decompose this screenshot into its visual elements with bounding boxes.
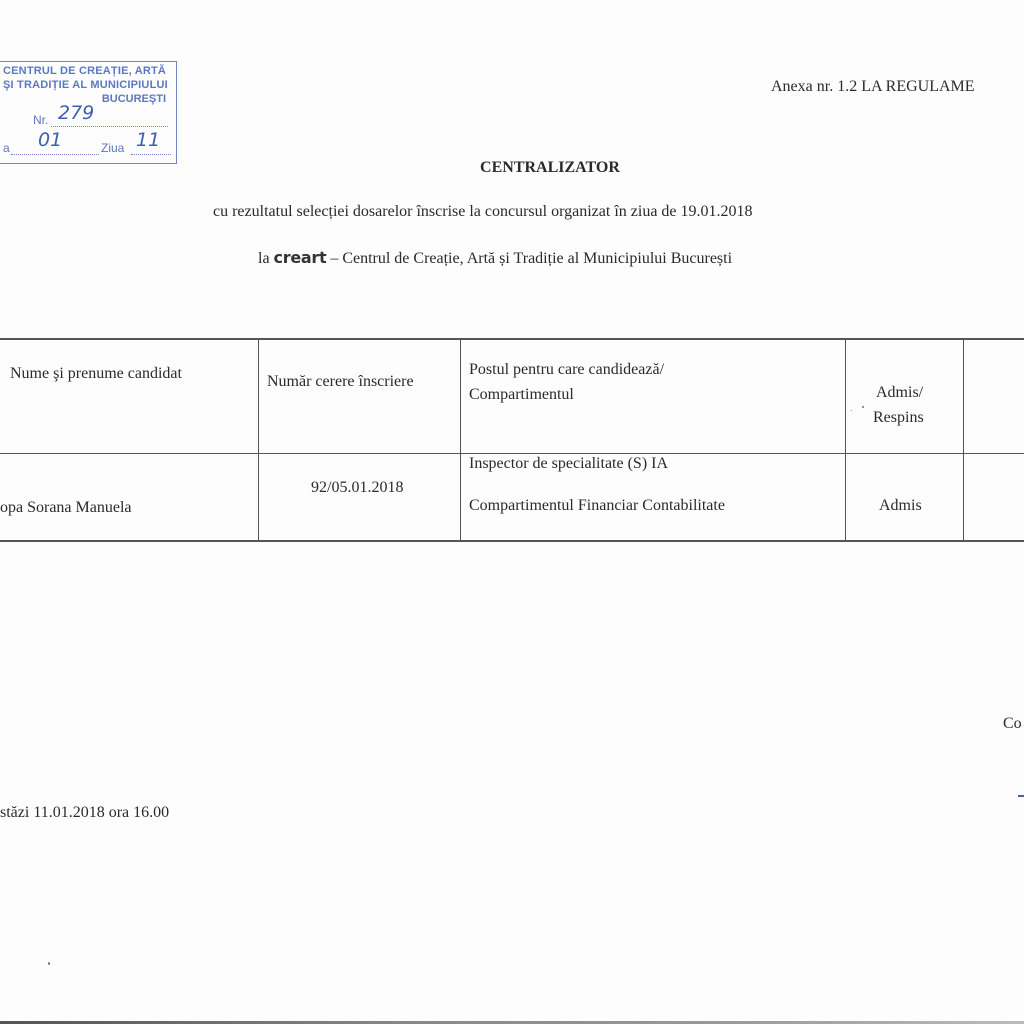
scan-speck xyxy=(862,406,864,408)
stamp-line-3: BUCUREŞTI xyxy=(102,93,166,105)
department-name: Compartimentul Financiar Contabilitate xyxy=(469,497,725,515)
table-col-divider xyxy=(845,338,846,541)
stamp-ziua-dotted-line xyxy=(131,154,171,155)
stamp-nr-label: Nr. xyxy=(33,114,48,126)
column-header-candidate-name: Nume şi prenume candidat xyxy=(10,365,182,383)
annex-reference: Anexa nr. 1.2 LA REGULAME xyxy=(771,78,975,96)
result-status: Admis xyxy=(879,497,922,515)
column-header-result-line1: Admis/ xyxy=(876,384,923,402)
creart-logo: creart xyxy=(274,248,327,267)
stamp-ziua-label: Ziua xyxy=(101,142,124,154)
institution-name: – Centrul de Creație, Artă și Tradiție a… xyxy=(330,250,732,267)
candidate-name: opa Sorana Manuela xyxy=(0,499,132,517)
stamp-luna-label: a xyxy=(3,142,10,154)
stamp-nr-value: 279 xyxy=(58,107,94,119)
institution-line: la creart – Centrul de Creație, Artă și … xyxy=(258,248,732,268)
stamp-nr-dotted-line xyxy=(51,126,168,127)
scan-speck xyxy=(48,962,50,965)
request-number: 92/05.01.2018 xyxy=(311,479,403,497)
document-subtitle: cu rezultatul selecției dosarelor înscri… xyxy=(213,203,753,221)
institution-prefix: la xyxy=(258,250,270,267)
registration-stamp: CENTRUL DE CREAȚIE, ARTĂ ŞI TRADIȚIE AL … xyxy=(0,61,177,164)
table-col-divider xyxy=(460,338,461,541)
table-col-divider xyxy=(963,338,964,541)
table-border-bottom xyxy=(0,540,1024,542)
table-header-divider xyxy=(0,453,1024,454)
signature-label-partial: Co xyxy=(1003,715,1022,733)
position-title: Inspector de specialitate (S) IA xyxy=(469,455,668,473)
stamp-line-2: ŞI TRADIȚIE AL MUNICIPIULUI xyxy=(3,79,168,91)
stamp-luna-dotted-line xyxy=(11,154,99,155)
table-col-divider xyxy=(258,338,259,541)
column-header-position-line2: Compartimentul xyxy=(469,386,574,404)
document-title: CENTRALIZATOR xyxy=(0,159,1024,177)
stamp-ziua-value: 11 xyxy=(136,134,160,146)
signature-ink-mark xyxy=(1018,795,1024,797)
table-border-top xyxy=(0,338,1024,340)
column-header-result-line2: Respins xyxy=(873,409,924,427)
stamp-line-1: CENTRUL DE CREAȚIE, ARTĂ xyxy=(3,65,166,77)
stamp-luna-value: 01 xyxy=(38,134,62,146)
column-header-request-number: Număr cerere înscriere xyxy=(267,373,414,391)
posting-date: stăzi 11.01.2018 ora 16.00 xyxy=(0,804,169,822)
scan-speck xyxy=(851,410,852,411)
column-header-position-line1: Postul pentru care candidează/ xyxy=(469,361,664,379)
